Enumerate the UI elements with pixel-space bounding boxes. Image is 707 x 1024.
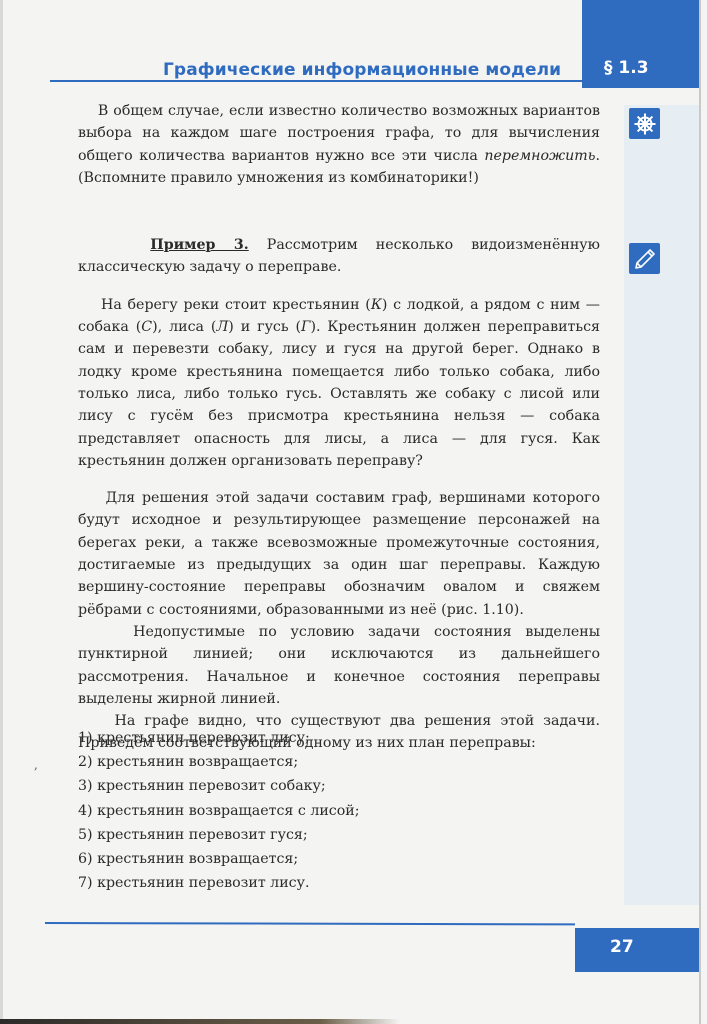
paragraph-invalid-states: Недопустимые по условию задачи состояния… [78, 621, 600, 710]
footer-divider [45, 922, 575, 925]
stray-mark: , [34, 758, 38, 772]
list-item: 2) крестьянин возвращается; [78, 750, 360, 774]
paragraph-problem-statement: На берегу реки стоит крестьянин (К) с ло… [78, 294, 600, 472]
list-item: 7) крестьянин перевозит лису. [78, 871, 360, 895]
list-item: 4) крестьянин возвращается с лисой; [78, 799, 360, 823]
list-item: 3) крестьянин перевозит собаку; [78, 774, 360, 798]
scan-shadow [0, 1019, 400, 1024]
chapter-title: Графические информационные модели [163, 60, 561, 80]
pencil-icon [629, 243, 660, 274]
ship-wheel-icon [629, 108, 660, 139]
emphasis-multiply: перемножить [484, 148, 595, 164]
crossing-plan-list: 1) крестьянин перевозит лису; 2) крестья… [78, 726, 360, 895]
paragraph-example-3: Пример 3. Рассмотрим несколько видоизмен… [78, 234, 600, 279]
main-text: В общем случае, если известно количество… [78, 100, 600, 755]
page-edge-right [699, 0, 701, 1024]
paragraph-graph-construction: Для решения этой задачи составим граф, в… [78, 487, 600, 621]
page-number: 27 [610, 937, 634, 957]
list-item: 1) крестьянин перевозит лису; [78, 726, 360, 750]
paragraph-intro: В общем случае, если известно количество… [78, 100, 600, 189]
margin-strip [624, 105, 699, 905]
page-edge-left [0, 0, 3, 1024]
section-number: § 1.3 [604, 58, 649, 78]
header-divider [50, 80, 582, 82]
page-number-block [575, 928, 699, 972]
list-item: 6) крестьянин возвращается; [78, 847, 360, 871]
list-item: 5) крестьянин перевозит гуся; [78, 823, 360, 847]
example-label: Пример 3. [150, 237, 248, 253]
